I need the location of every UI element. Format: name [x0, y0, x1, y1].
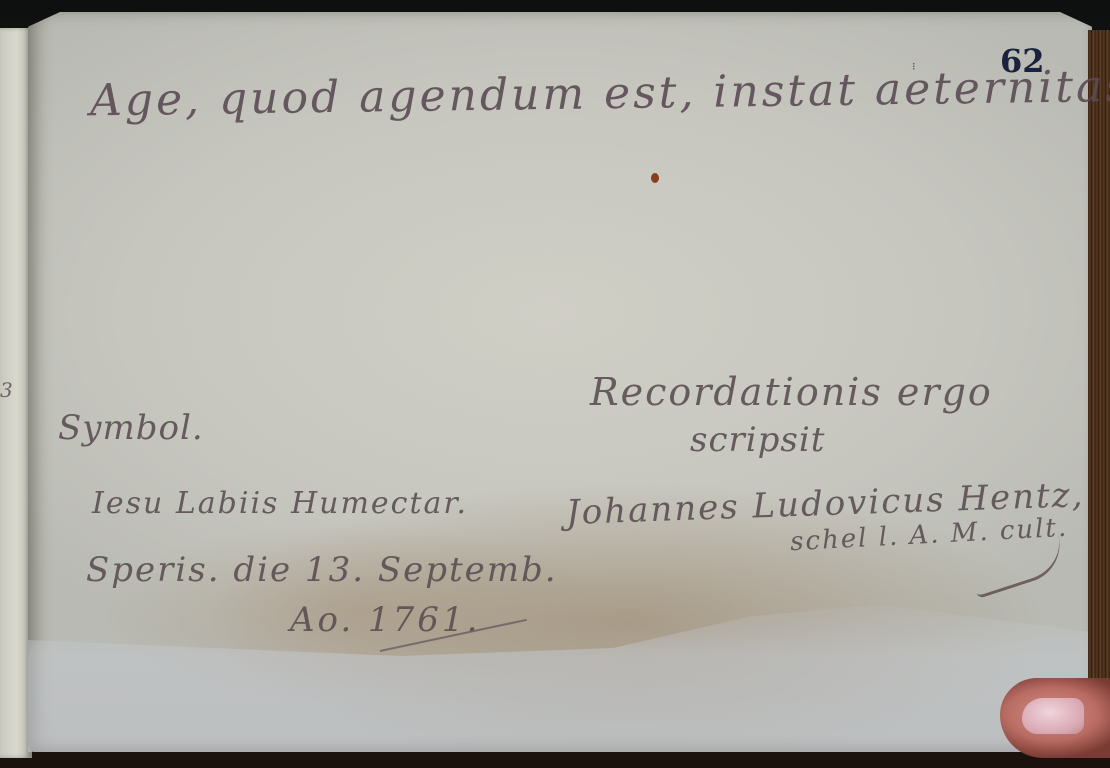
place-date: Speris. die 13. Septemb. [86, 550, 558, 590]
ink-spot [651, 173, 659, 183]
dedication-text: Recordationis ergo [590, 370, 993, 414]
symbolum-text: Iesu Labiis Humectar. [92, 486, 468, 521]
holding-finger [1000, 678, 1110, 758]
symbolum-label: Symbol. [58, 408, 204, 448]
previous-page-edge: 3 [0, 28, 32, 758]
water-damage-area [28, 592, 1092, 752]
photo-scene: 3 62 ⁝ Age, quod agendum est, instat aet… [0, 0, 1110, 768]
scripsit-text: scripsit [690, 420, 825, 460]
fingernail [1022, 698, 1084, 734]
book-fore-edge [1088, 30, 1110, 730]
margin-glyph: 3 [0, 378, 13, 402]
